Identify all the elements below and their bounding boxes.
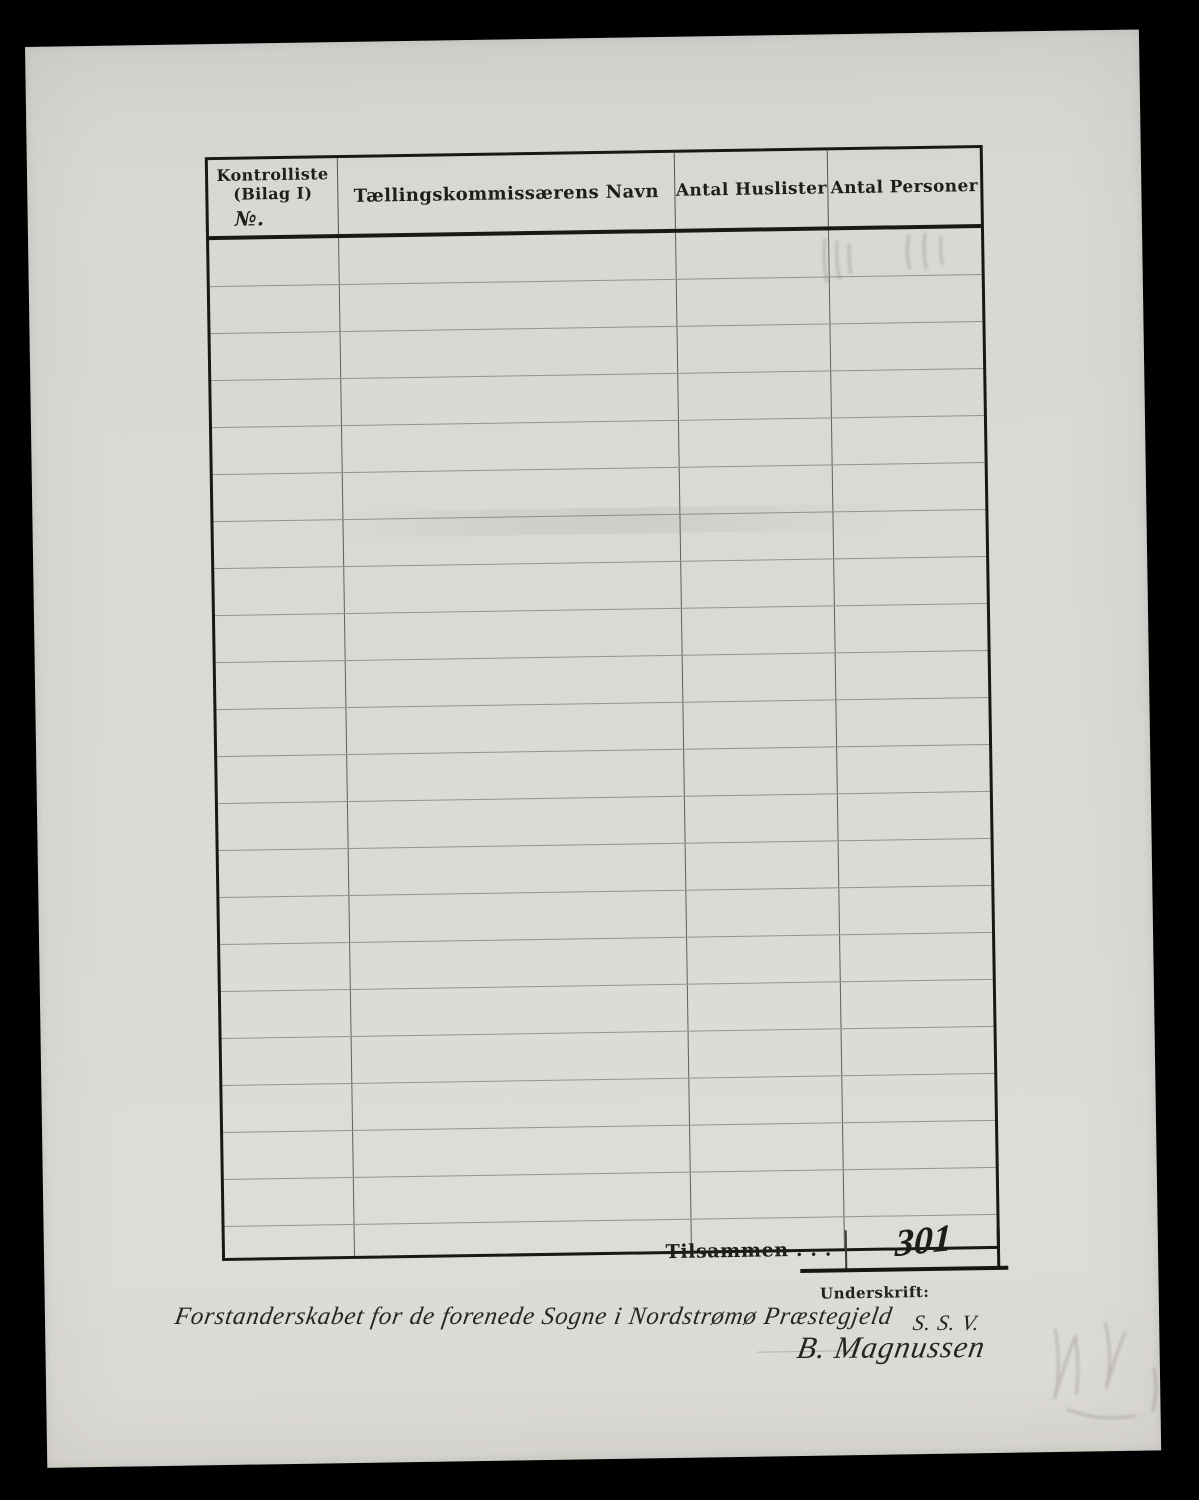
table-cell bbox=[354, 1173, 692, 1224]
table-cell bbox=[679, 418, 833, 466]
table-cell bbox=[221, 990, 352, 1038]
table-cell bbox=[689, 1076, 843, 1124]
table-cell bbox=[832, 416, 985, 464]
table-cell bbox=[346, 656, 684, 707]
table-cell bbox=[833, 510, 986, 558]
table-cell bbox=[836, 651, 989, 699]
table-cell bbox=[839, 839, 992, 887]
table-cell bbox=[217, 755, 348, 803]
table-cell bbox=[350, 938, 688, 989]
table-cell bbox=[214, 567, 345, 615]
table-cell bbox=[210, 285, 341, 333]
table-cell bbox=[343, 468, 681, 519]
table-cell bbox=[351, 985, 689, 1036]
table-cell bbox=[837, 745, 990, 793]
table-cell bbox=[211, 379, 342, 427]
tilsammen-label: Tilsammen . . . bbox=[222, 1230, 833, 1280]
table-cell bbox=[224, 1178, 355, 1226]
summary-right-border bbox=[997, 1228, 1001, 1268]
handwritten-statement-text: Forstanderskabet for de forenede Sogne i… bbox=[173, 1303, 895, 1330]
table-cell bbox=[839, 886, 992, 934]
table-cell bbox=[341, 374, 679, 425]
table-cell bbox=[347, 750, 685, 801]
table-cell bbox=[222, 1037, 353, 1085]
table-cell bbox=[836, 698, 989, 746]
table-cell bbox=[341, 327, 679, 378]
paper-sheet: Kontrolliste (Bilag I) №. Tællingskommis… bbox=[25, 30, 1161, 1468]
header-kontrolliste-line2: (Bilag I) bbox=[233, 183, 312, 203]
table-cell bbox=[690, 1123, 844, 1171]
table-cell bbox=[677, 324, 831, 372]
table-cell bbox=[835, 604, 988, 652]
census-table: Kontrolliste (Bilag I) №. Tællingskommis… bbox=[205, 145, 1000, 1261]
table-cell bbox=[829, 228, 982, 276]
table-cell bbox=[843, 1121, 996, 1169]
table-cell bbox=[688, 982, 842, 1030]
table-header-row: Kontrolliste (Bilag I) №. Tællingskommis… bbox=[208, 148, 981, 240]
scanned-page: { "table": { "columns": [ { "title_lines… bbox=[0, 0, 1199, 1500]
table-cell bbox=[349, 844, 687, 895]
table-cell bbox=[678, 371, 832, 419]
table-cell bbox=[212, 426, 343, 474]
header-kontrolliste-line1: Kontrolliste bbox=[216, 164, 328, 185]
table-cell bbox=[685, 794, 839, 842]
numero-sign: №. bbox=[235, 206, 265, 230]
table-cell bbox=[216, 661, 347, 709]
table-cell bbox=[342, 421, 680, 472]
header-personer: Antal Personer bbox=[828, 148, 981, 226]
table-cell bbox=[222, 1084, 353, 1132]
table-cell bbox=[346, 703, 684, 754]
table-cell bbox=[215, 614, 346, 662]
table-cell bbox=[213, 473, 344, 521]
table-cell bbox=[677, 277, 831, 325]
table-cell bbox=[349, 891, 687, 942]
table-cell bbox=[352, 1079, 690, 1130]
table-cell bbox=[213, 520, 344, 568]
table-cell bbox=[219, 849, 350, 897]
summary-divider-line bbox=[845, 1230, 848, 1270]
header-kontrolliste: Kontrolliste (Bilag I) №. bbox=[208, 158, 339, 236]
table-cell bbox=[676, 230, 830, 278]
table-cell bbox=[344, 562, 682, 613]
header-personer-label: Antal Personer bbox=[830, 177, 978, 198]
header-huslister: Antal Huslister bbox=[675, 150, 829, 228]
table-cell bbox=[687, 935, 841, 983]
table-cell bbox=[340, 280, 678, 331]
table-cell bbox=[840, 933, 993, 981]
table-cell bbox=[833, 463, 986, 511]
table-cell bbox=[684, 747, 838, 795]
table-cell bbox=[686, 841, 840, 889]
table-cell bbox=[223, 1131, 354, 1179]
header-huslister-label: Antal Huslister bbox=[676, 179, 827, 200]
table-cell bbox=[830, 275, 983, 323]
table-cell bbox=[686, 888, 840, 936]
handwritten-signature: B. Magnussen bbox=[794, 1329, 988, 1366]
table-cell bbox=[352, 1032, 690, 1083]
table-cell bbox=[683, 700, 837, 748]
table-cell bbox=[680, 465, 834, 513]
table-cell bbox=[680, 512, 834, 560]
table-cell bbox=[218, 802, 349, 850]
table-cell bbox=[681, 559, 835, 607]
table-cell bbox=[209, 238, 340, 286]
table-cell bbox=[838, 792, 991, 840]
underskrift-heading: Underskrift: bbox=[735, 1282, 1015, 1304]
bleed-through-squiggle bbox=[1035, 1307, 1187, 1449]
table-cell bbox=[830, 322, 983, 370]
table-cell bbox=[345, 609, 683, 660]
table-cell bbox=[682, 606, 836, 654]
handwritten-statement: Forstanderskabet for de forenede Sogne i… bbox=[173, 1303, 983, 1331]
table-cell bbox=[834, 557, 987, 605]
table-cell bbox=[689, 1029, 843, 1077]
table-cell bbox=[842, 1027, 995, 1075]
table-cell bbox=[339, 233, 677, 284]
table-cell bbox=[220, 943, 351, 991]
table-cell bbox=[348, 797, 686, 848]
table-cell bbox=[353, 1126, 691, 1177]
table-cell bbox=[841, 980, 994, 1028]
header-navn: Tællingskommissærens Navn bbox=[338, 153, 676, 234]
header-navn-label: Tællingskommissærens Navn bbox=[354, 182, 659, 206]
table-cell bbox=[219, 896, 350, 944]
table-cell bbox=[842, 1074, 995, 1122]
table-cell bbox=[211, 332, 342, 380]
table-cell bbox=[844, 1168, 997, 1216]
table-cell bbox=[343, 515, 681, 566]
table-cell bbox=[831, 369, 984, 417]
table-cell bbox=[683, 653, 837, 701]
table-cell bbox=[216, 708, 347, 756]
table-cell bbox=[691, 1170, 845, 1218]
table-body bbox=[209, 228, 997, 1258]
